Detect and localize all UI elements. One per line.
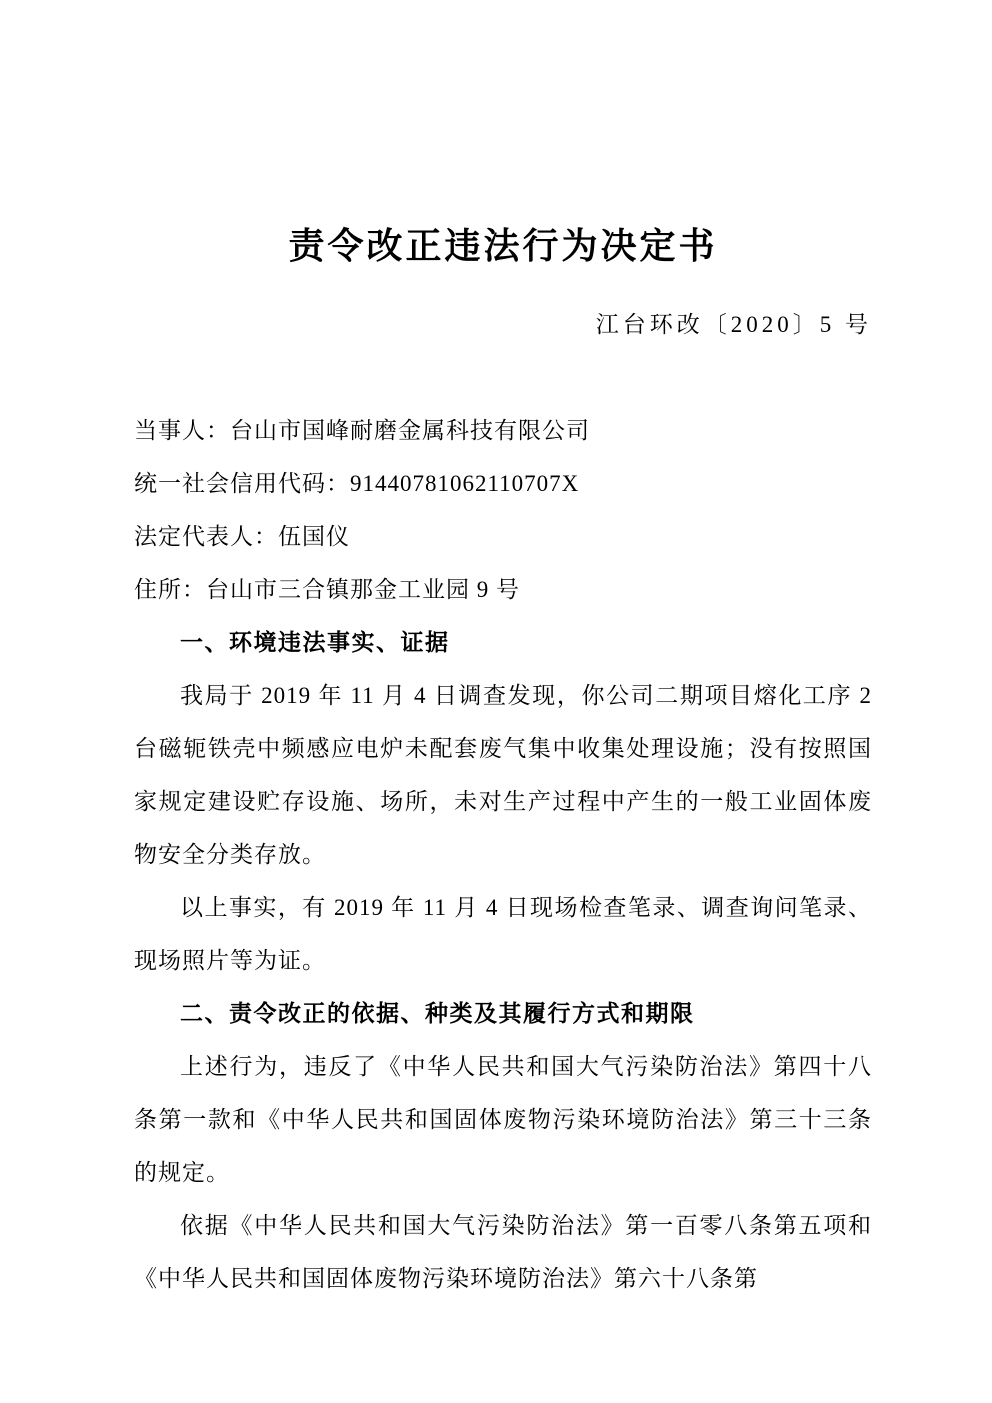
document-title: 责令改正违法行为决定书 [134, 222, 872, 270]
party-name-line: 当事人：台山市国峰耐磨金属科技有限公司 [134, 404, 872, 457]
legal-representative-line: 法定代表人：伍国仪 [134, 510, 872, 563]
section-heading-facts: 一、环境违法事实、证据 [134, 616, 872, 669]
document-number: 江台环改〔2020〕5 号 [134, 310, 872, 340]
facts-paragraph: 我局于 2019 年 11 月 4 日调查发现，你公司二期项目熔化工序 2 台磁… [134, 669, 872, 881]
section-heading-basis: 二、责令改正的依据、种类及其履行方式和期限 [134, 987, 872, 1040]
violation-basis-paragraph: 上述行为，违反了《中华人民共和国大气污染防治法》第四十八条第一款和《中华人民共和… [134, 1040, 872, 1199]
document-content: 责令改正违法行为决定书 江台环改〔2020〕5 号 当事人：台山市国峰耐磨金属科… [134, 0, 872, 1305]
legal-basis-paragraph: 依据《中华人民共和国大气污染防治法》第一百零八条第五项和《中华人民共和国固体废物… [134, 1199, 872, 1305]
document-page: 责令改正违法行为决定书 江台环改〔2020〕5 号 当事人：台山市国峰耐磨金属科… [0, 0, 992, 1403]
credit-code-line: 统一社会信用代码：91440781062110707X [134, 457, 872, 510]
address-line: 住所：台山市三合镇那金工业园 9 号 [134, 563, 872, 616]
evidence-paragraph: 以上事实，有 2019 年 11 月 4 日现场检查笔录、调查询问笔录、现场照片… [134, 881, 872, 987]
document-body: 当事人：台山市国峰耐磨金属科技有限公司 统一社会信用代码：91440781062… [134, 404, 872, 1305]
